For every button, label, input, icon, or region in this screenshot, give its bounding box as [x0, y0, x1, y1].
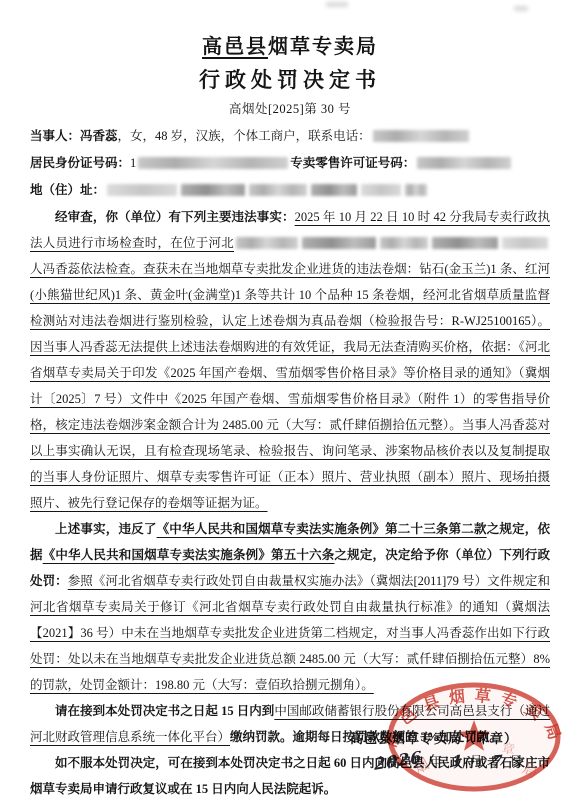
redacted-address: [405, 184, 427, 196]
paragraph-decision: 上述事实，违反了《中华人民共和国烟草专卖法实施条例》第二十三条第二款之规定，依据…: [30, 516, 550, 698]
text-segment: 上述事实，违反了: [55, 522, 157, 536]
party-info: 当事人：冯香蕊，女，48 岁，汉族，个体工商户，联系电话： 居民身份证号码：1专…: [30, 123, 550, 204]
paragraphs: 经审查，你（单位）有下列主要违法事实：2025 年 10 月 22 日 10 时…: [30, 204, 550, 800]
document-body: 高邑县烟草专卖局 行政处罚决定书 高烟处[2025]第 30 号 当事人：冯香蕊…: [0, 0, 580, 800]
redacted-address: [107, 184, 177, 196]
redacted-id-number: [138, 157, 288, 169]
text-segment: 参照《河北省烟草专卖行政处罚自由裁量权实施办法》（冀烟法[2011]79 号）文…: [30, 574, 550, 692]
handwritten-year: 2026: [375, 749, 423, 773]
text-segment: 经审查，你（单位）有下列主要违法事实：: [55, 210, 295, 224]
handwritten-month: 1: [452, 753, 464, 769]
document-title: 行政处罚决定书: [30, 65, 550, 95]
paragraph-facts: 经审查，你（单位）有下列主要违法事实：2025 年 10 月 22 日 10 时…: [30, 204, 550, 516]
month-label: 月: [469, 750, 484, 770]
text-segment: 请在接到本处罚决定书之日起 15 日内到: [55, 704, 274, 718]
party-details: ，女，48 岁，汉族，个体工商户，联系电话：: [118, 129, 371, 143]
id-number-prefix: 1: [130, 156, 136, 170]
party-label: 当事人：: [30, 129, 80, 143]
redacted-text: [380, 237, 428, 249]
text-segment: 人冯香蕊依法检查。查获未在当地烟草专卖批发企业进货的违法卷烟：钻石(金玉兰)1 …: [30, 262, 550, 432]
redacted-address: [311, 184, 357, 196]
address-label: 地（住）址：: [30, 183, 105, 197]
redacted-text: [236, 237, 298, 249]
id-number-label: 居民身份证号码：: [30, 156, 130, 170]
redacted-text: [502, 237, 548, 249]
redacted-address: [249, 184, 307, 196]
party-name: 冯香蕊: [80, 129, 118, 143]
text-segment: 《中华人民共和国烟草专卖法实施条例》第五十六条: [43, 548, 335, 562]
document-number: 高烟处[2025]第 30 号: [30, 100, 550, 118]
party-line-2: 居民身份证号码：1专卖零售许可证号码：: [30, 150, 550, 177]
party-line-3: 地（住）址：: [30, 177, 550, 204]
redacted-text: [432, 237, 498, 249]
redacted-address: [361, 184, 401, 196]
scan-artifact: [326, 2, 348, 7]
redacted-license-number: [417, 157, 511, 169]
signature-org: 高邑县烟草专卖局（印章）: [350, 728, 518, 747]
penalty-decision-document: 高邑县烟草专卖局 行政处罚决定书 高烟处[2025]第 30 号 当事人：冯香蕊…: [0, 0, 580, 800]
authority-name-filled: 高邑县: [202, 36, 268, 58]
day-label: 日: [510, 750, 525, 770]
text-segment: 《中华人民共和国烟草专卖法实施条例》第二十三条第二款: [157, 522, 487, 536]
redacted-text: [302, 237, 376, 249]
year-label: 年: [429, 750, 444, 770]
redacted-address: [181, 184, 245, 196]
handwritten-day: 7: [492, 753, 504, 769]
redacted-phone: [373, 130, 469, 142]
authority-name-rest: 烟草专卖局: [268, 36, 378, 58]
issuing-authority-title: 高邑县烟草专卖局: [30, 34, 550, 60]
date-line: 2026年 1月 7日: [374, 750, 528, 770]
scan-artifact: [514, 6, 528, 11]
license-number-label: 专卖零售许可证号码：: [290, 156, 415, 170]
party-line-1: 当事人：冯香蕊，女，48 岁，汉族，个体工商户，联系电话：: [30, 123, 550, 150]
